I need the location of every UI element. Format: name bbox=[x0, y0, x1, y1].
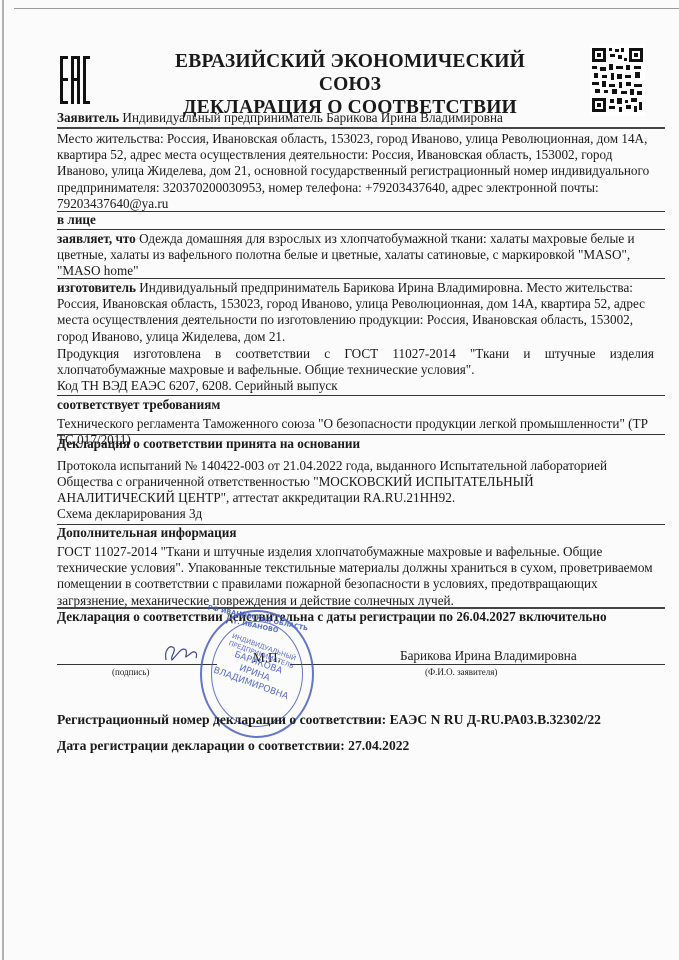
registration-date: 27.04.2022 bbox=[348, 738, 409, 753]
manufacturer-value: Индивидуальный предприниматель Барикова … bbox=[57, 280, 645, 344]
name-caption: (Ф.И.О. заявителя) bbox=[425, 667, 497, 677]
qr-code-icon bbox=[590, 44, 645, 116]
divider bbox=[57, 434, 665, 435]
basis-label: Декларация о соответствии принята на осн… bbox=[57, 436, 654, 452]
divider bbox=[57, 229, 665, 230]
divider bbox=[57, 278, 665, 279]
registration-date-label: Дата регистрации декларации о соответств… bbox=[57, 738, 345, 753]
document-title: ЕВРАЗИЙСКИЙ ЭКОНОМИЧЕСКИЙ СОЮЗ ДЕКЛАРАЦИ… bbox=[150, 50, 550, 119]
divider bbox=[57, 395, 665, 396]
registration-number: ЕАЭС N RU Д-RU.РА03.В.32302/22 bbox=[390, 712, 601, 727]
in-person-label: в лице bbox=[57, 212, 654, 228]
registration-date-row: Дата регистрации декларации о соответств… bbox=[57, 738, 654, 754]
applicant-value: Индивидуальный предприниматель Барикова … bbox=[122, 110, 502, 125]
page-edge bbox=[14, 8, 679, 9]
eac-logo-icon bbox=[60, 56, 90, 104]
registration-number-label: Регистрационный номер декларации о соотв… bbox=[57, 712, 386, 727]
page-edge-left bbox=[2, 0, 4, 960]
manufacturing-standard: Продукция изготовлена в соответствии с Г… bbox=[57, 346, 654, 378]
registration-number-row: Регистрационный номер декларации о соотв… bbox=[57, 712, 654, 728]
applicant-label: Заявитель bbox=[57, 110, 119, 125]
divider bbox=[57, 127, 665, 129]
complies-label: соответствует требованиям bbox=[57, 397, 654, 413]
additional-info-value: ГОСТ 11027-2014 "Ткани и штучные изделия… bbox=[57, 544, 654, 609]
test-protocol: Протокола испытаний № 140422-003 от 21.0… bbox=[57, 458, 654, 507]
declares-section: заявляет, что Одежда домашняя для взросл… bbox=[57, 231, 654, 280]
additional-info-label: Дополнительная информация bbox=[57, 525, 654, 541]
hs-code: Код ТН ВЭД ЕАЭС 6207, 6208. Серийный вып… bbox=[57, 378, 654, 394]
manufacturer-label: изготовитель bbox=[57, 280, 136, 295]
applicant-row: Заявитель Индивидуальный предприниматель… bbox=[57, 110, 654, 126]
applicant-name: Барикова Ирина Владимировна bbox=[400, 648, 577, 664]
applicant-details: Место жительства: Россия, Ивановская обл… bbox=[57, 131, 654, 212]
declaration-scheme: Схема декларирования 3д bbox=[57, 506, 654, 522]
signature-caption: (подпись) bbox=[112, 667, 149, 677]
product-description: Одежда домашняя для взрослых из хлопчато… bbox=[57, 231, 635, 278]
manufacturer-section: изготовитель Индивидуальный предпринимат… bbox=[57, 280, 654, 345]
declares-label: заявляет, что bbox=[57, 231, 136, 246]
title-line-1: ЕВРАЗИЙСКИЙ ЭКОНОМИЧЕСКИЙ СОЮЗ bbox=[150, 50, 550, 96]
validity-statement: Декларация о соответствии действительна … bbox=[57, 609, 654, 625]
signature-line bbox=[57, 664, 217, 665]
